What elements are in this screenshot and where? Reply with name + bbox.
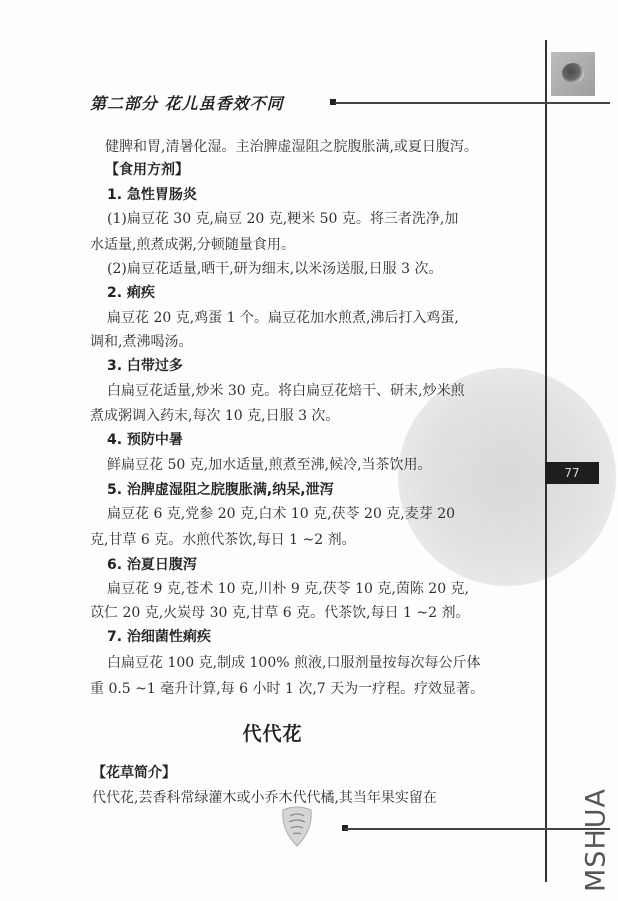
margin-vertical-rule [545, 40, 547, 882]
recipe-title: 3. 白带过多 [107, 357, 183, 375]
orb-icon [562, 63, 584, 83]
recipe-text: (1)扁豆花 30 克,扁豆 20 克,粳米 50 克。将三者洗净,加 [107, 210, 458, 228]
recipe-text: 克,甘草 6 克。水煎代茶饮,每日 1 ~2 剂。 [90, 531, 356, 549]
page-number-tab: 77 [545, 462, 599, 484]
footer-rule [345, 828, 610, 830]
watermark: MSHUA [576, 790, 616, 890]
recipe-text: 鲜扁豆花 50 克,加水适量,煎煮至沸,候冷,当茶饮用。 [107, 456, 432, 474]
recipe-text: (2)扁豆花适量,晒干,研为细末,以米汤送服,日服 3 次。 [107, 260, 442, 278]
recipe-title: 5. 治脾虚湿阻之脘腹胀满,纳呆,泄泻 [107, 481, 334, 499]
recipe-title: 4. 预防中暑 [107, 431, 183, 449]
chapter-corner-icon [551, 52, 595, 96]
recipe-text: 煮成粥调入药末,每次 10 克,日服 3 次。 [90, 407, 339, 425]
recipe-text: 调和,煮沸喝汤。 [90, 333, 192, 351]
entry-heading: 代代花 [0, 719, 545, 746]
footer-emblem-icon [279, 804, 315, 848]
recipe-title: 1. 急性胃肠炎 [107, 186, 197, 204]
book-page: 第二部分 花儿虽香效不同 77 健脾和胃,清暑化湿。主治脾虚湿阻之脘腹胀满,或夏… [0, 0, 618, 901]
recipe-text: 扁豆花 9 克,苍术 10 克,川朴 9 克,茯苓 10 克,茵陈 20 克, [107, 580, 469, 598]
recipe-title: 7. 治细菌性痢疾 [107, 628, 211, 646]
recipe-text: 扁豆花 6 克,党参 20 克,白术 10 克,茯苓 20 克,麦芽 20 [107, 505, 455, 523]
recipe-text: 白扁豆花适量,炒米 30 克。将白扁豆花焙干、研末,炒米煎 [107, 382, 465, 400]
intro-line: 健脾和胃,清暑化湿。主治脾虚湿阻之脘腹胀满,或夏日腹泻。 [105, 138, 478, 156]
recipe-title: 6. 治夏日腹泻 [107, 556, 197, 574]
section-heading-recipes: 【食用方剂】 [105, 161, 189, 179]
watermark-text: MSHUA [581, 788, 612, 892]
section-heading-intro: 【花草简介】 [92, 764, 176, 782]
running-header-title: 第二部分 花儿虽香效不同 [90, 91, 284, 114]
intro-text: 代代花,芸香科常绿灌木或小乔木代代橘,其当年果实留在 [92, 789, 437, 807]
recipe-text: 重 0.5 ~1 毫升计算,每 6 小时 1 次,7 天为一疗程。疗效显著。 [90, 680, 484, 698]
header-rule [335, 102, 610, 104]
recipe-text: 扁豆花 20 克,鸡蛋 1 个。扁豆花加水煎煮,沸后打入鸡蛋, [107, 309, 459, 327]
recipe-text: 水适量,煎煮成粥,分顿随量食用。 [90, 236, 295, 254]
recipe-text: 苡仁 20 克,火炭母 30 克,甘草 6 克。代茶饮,每日 1 ~2 剂。 [90, 604, 469, 622]
recipe-title: 2. 痢疾 [107, 284, 155, 302]
recipe-text: 白扁豆花 100 克,制成 100% 煎液,口服剂量按每次每公斤体 [107, 654, 480, 672]
